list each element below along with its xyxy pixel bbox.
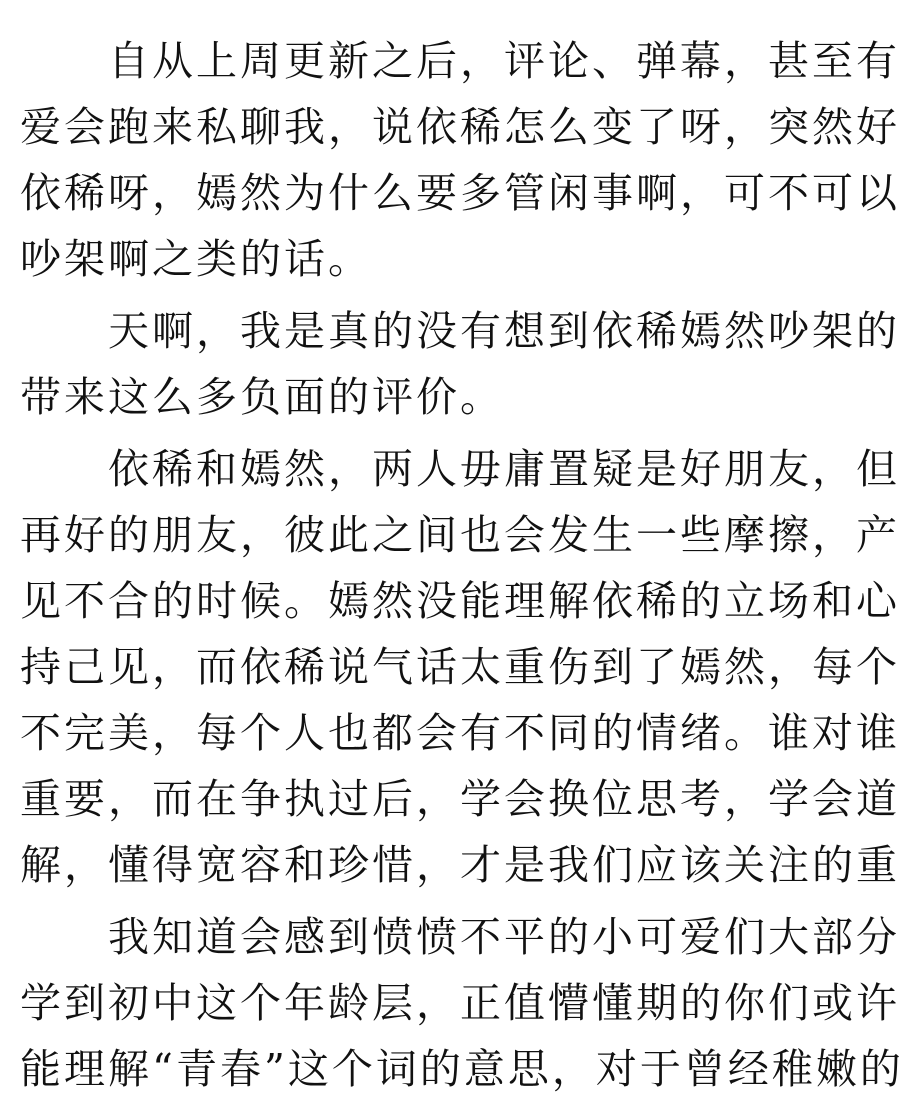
text-line: 学到初中这个年龄层，正值懵懂期的你们或许还不太 (20, 970, 890, 1036)
text-line: 爱会跑来私聊我，说依稀怎么变了呀，突然好讨厌 (20, 94, 890, 160)
paragraph-2: 天啊，我是真的没有想到依稀嫣然吵架的一幕会 带来这么多负面的评价。 (20, 298, 890, 430)
text-line: 再好的朋友，彼此之间也会发生一些摩擦，产生意 (20, 502, 890, 568)
document-page: 自从上周更新之后，评论、弹幕，甚至有些小可 爱会跑来私聊我，说依稀怎么变了呀，突… (20, 28, 890, 1100)
text-line: 解，懂得宽容和珍惜，才是我们应该关注的重点。 (20, 832, 890, 898)
text-line: 带来这么多负面的评价。 (20, 364, 890, 430)
text-line: 能理解“青春”这个词的意思，对于曾经稚嫩的我们 (20, 1036, 890, 1100)
text-line: 吵架啊之类的话。 (20, 226, 890, 292)
text-line: 重要，而在争执过后，学会换位思考，学会道歉谅 (20, 766, 890, 832)
paragraph-4: 我知道会感到愤愤不平的小可爱们大部分都是小 学到初中这个年龄层，正值懵懂期的你们… (20, 904, 890, 1100)
text-line: 依稀呀，嫣然为什么要多管闲事啊，可不可以不要 (20, 160, 890, 226)
text-line: 见不合的时候。嫣然没能理解依稀的立场和心情坚 (20, 568, 890, 634)
text-line: 我知道会感到愤愤不平的小可爱们大部分都是小 (20, 904, 890, 970)
text-line: 天啊，我是真的没有想到依稀嫣然吵架的一幕会 (20, 298, 890, 364)
text-line: 自从上周更新之后，评论、弹幕，甚至有些小可 (20, 28, 890, 94)
paragraph-3: 依稀和嫣然，两人毋庸置疑是好朋友，但就算是 再好的朋友，彼此之间也会发生一些摩擦… (20, 436, 890, 898)
text-line: 依稀和嫣然，两人毋庸置疑是好朋友，但就算是 (20, 436, 890, 502)
text-line: 不完美，每个人也都会有不同的情绪。谁对谁错不 (20, 700, 890, 766)
paragraph-1: 自从上周更新之后，评论、弹幕，甚至有些小可 爱会跑来私聊我，说依稀怎么变了呀，突… (20, 28, 890, 292)
text-line: 持己见，而依稀说气话太重伤到了嫣然，每个人都 (20, 634, 890, 700)
